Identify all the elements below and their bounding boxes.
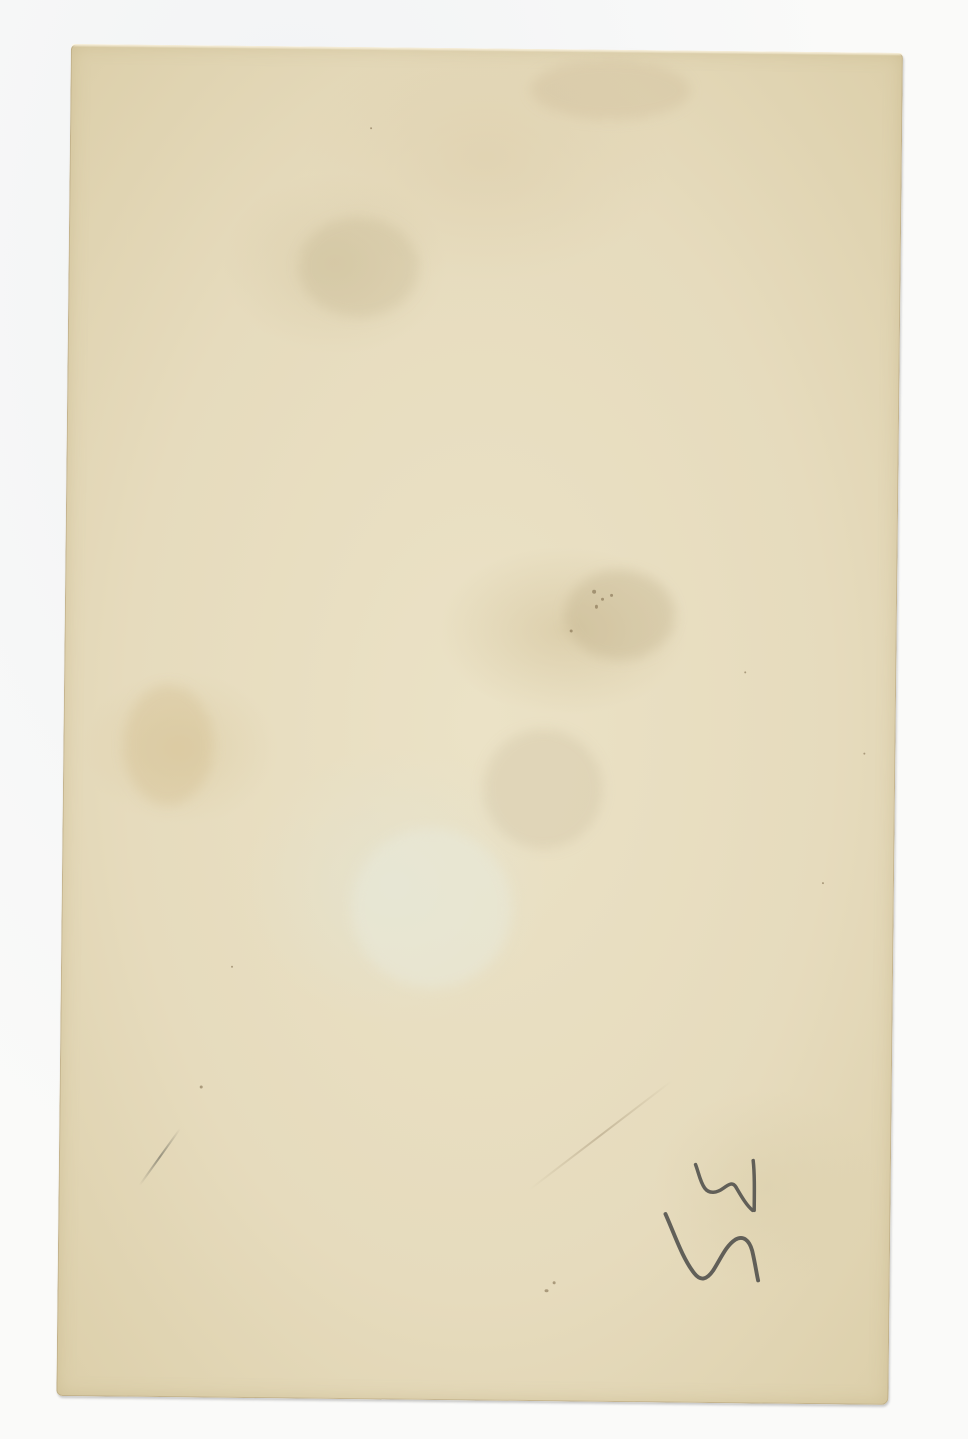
speck: [570, 629, 573, 632]
speck: [822, 882, 824, 884]
stain-upper-left: [298, 216, 419, 317]
speck: [553, 1281, 556, 1284]
stain-pale-center: [351, 827, 513, 989]
speck: [744, 671, 746, 673]
pencil-annotation: 35: [647, 1136, 789, 1318]
pencil-scratch: [139, 1128, 181, 1186]
speck: [610, 594, 613, 597]
speck: [863, 753, 865, 755]
speck: [592, 590, 596, 594]
stain-center: [564, 569, 675, 660]
pencil-number-icon: [647, 1136, 789, 1318]
speck: [545, 1289, 549, 1292]
stain-mid-left: [123, 685, 214, 806]
speck: [231, 966, 233, 968]
speck: [595, 605, 598, 609]
speck: [601, 598, 604, 601]
speck: [200, 1085, 203, 1088]
card-back: 35: [56, 44, 903, 1405]
stain-lower-center: [482, 729, 603, 850]
stain-top-center: [530, 59, 691, 121]
speck: [370, 127, 372, 129]
